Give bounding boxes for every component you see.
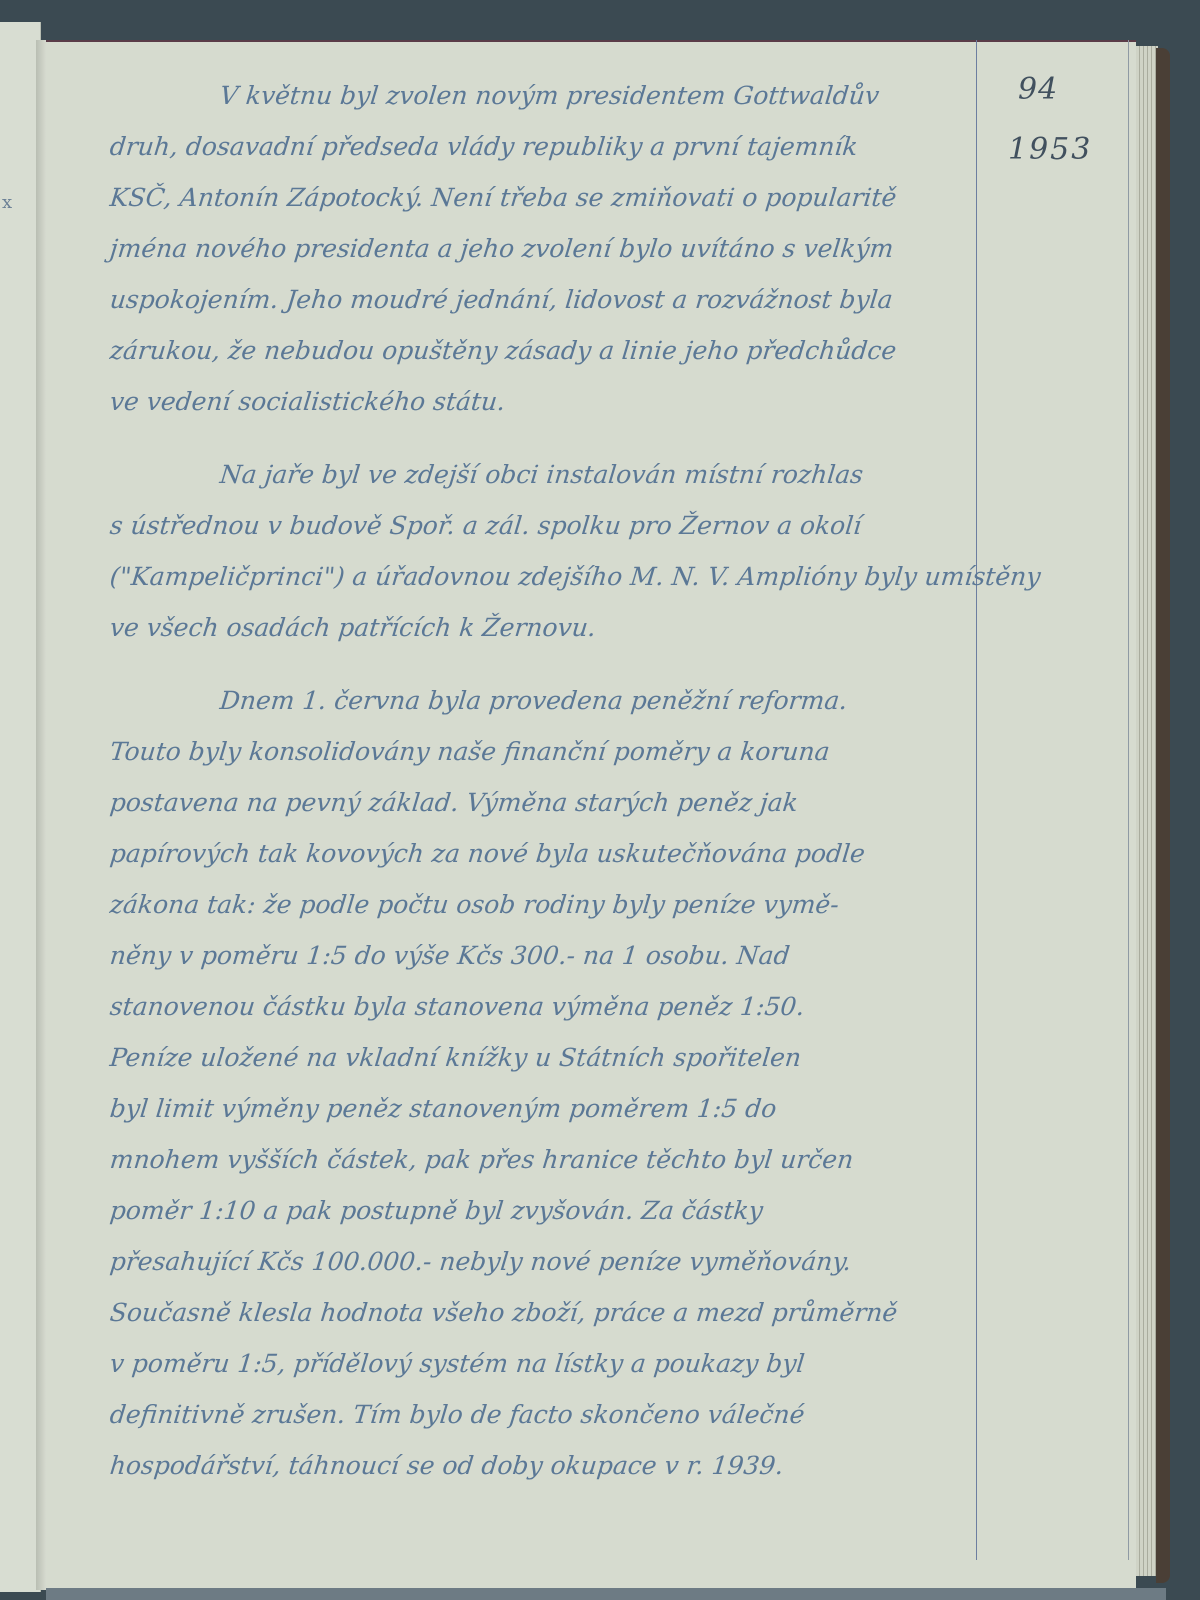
text-line: definitivně zrušen. Tím bylo de facto sk… xyxy=(107,1389,972,1440)
left-page-mark: x xyxy=(2,192,12,213)
text-line: poměr 1:10 a pak postupně byl zvyšován. … xyxy=(107,1185,972,1236)
text-line: Dnem 1. června byla provedena peněžní re… xyxy=(107,675,972,726)
desk-surface xyxy=(46,1588,1166,1600)
text-line: s ústřednou v budově Spoř. a zál. spolku… xyxy=(107,500,972,551)
text-line: hospodářství, táhnoucí se od doby okupac… xyxy=(107,1440,972,1491)
text-line: uspokojením. Jeho moudré jednání, lidovo… xyxy=(107,274,972,325)
text-line: zákona tak: že podle počtu osob rodiny b… xyxy=(107,879,972,930)
paragraph-currency-reform: Dnem 1. června byla provedena peněžní re… xyxy=(110,675,970,1491)
text-line: postavena na pevný základ. Výměna starýc… xyxy=(107,777,972,828)
text-line: ve všech osadách patřících k Žernovu. xyxy=(107,602,972,653)
year-heading: 1953 xyxy=(1008,132,1092,167)
text-line: Peníze uložené na vkladní knížky u Státn… xyxy=(107,1032,972,1083)
text-line: papírových tak kovových za nové byla usk… xyxy=(107,828,972,879)
text-line: jména nového presidenta a jeho zvolení b… xyxy=(107,223,972,274)
text-line: KSČ, Antonín Zápotocký. Není třeba se zm… xyxy=(107,172,972,223)
text-line: zárukou, že nebudou opuštěny zásady a li… xyxy=(107,325,972,376)
text-line: Na jaře byl ve zdejší obci instalován mí… xyxy=(107,449,972,500)
right-rule-line xyxy=(1128,40,1129,1560)
text-line: byl limit výměny peněz stanoveným poměre… xyxy=(107,1083,972,1134)
previous-page-edge: x xyxy=(0,22,41,1592)
book-spine xyxy=(36,40,46,1590)
text-line: V květnu byl zvolen novým presidentem Go… xyxy=(107,70,972,121)
text-line: ("Kampeličprinci") a úřadovnou zdejšího … xyxy=(107,551,972,602)
text-line: Současně klesla hodnota všeho zboží, prá… xyxy=(107,1287,972,1338)
page-stack-edge xyxy=(1136,46,1158,1576)
paragraph-president: V květnu byl zvolen novým presidentem Go… xyxy=(110,70,970,427)
page-number: 94 xyxy=(1018,72,1058,107)
text-line: v poměru 1:5, přídělový systém na lístky… xyxy=(107,1338,972,1389)
handwritten-text: V květnu byl zvolen novým presidentem Go… xyxy=(110,70,970,1491)
text-line: druh, dosavadní předseda vlády republiky… xyxy=(107,121,972,172)
text-line: mnohem vyšších částek, pak přes hranice … xyxy=(107,1134,972,1185)
paragraph-gap xyxy=(110,653,970,675)
text-line: přesahující Kčs 100.000.- nebyly nové pe… xyxy=(107,1236,972,1287)
text-line: ve vedení socialistického státu. xyxy=(107,376,972,427)
paragraph-radio: Na jaře byl ve zdejší obci instalován mí… xyxy=(110,449,970,653)
text-line: Touto byly konsolidovány naše finanční p… xyxy=(107,726,972,777)
paragraph-gap xyxy=(110,427,970,449)
text-line: něny v poměru 1:5 do výše Kčs 300.- na 1… xyxy=(107,930,972,981)
margin-rule-line xyxy=(976,40,977,1560)
book-cover-edge xyxy=(1156,48,1170,1583)
text-line: stanovenou částku byla stanovena výměna … xyxy=(107,981,972,1032)
